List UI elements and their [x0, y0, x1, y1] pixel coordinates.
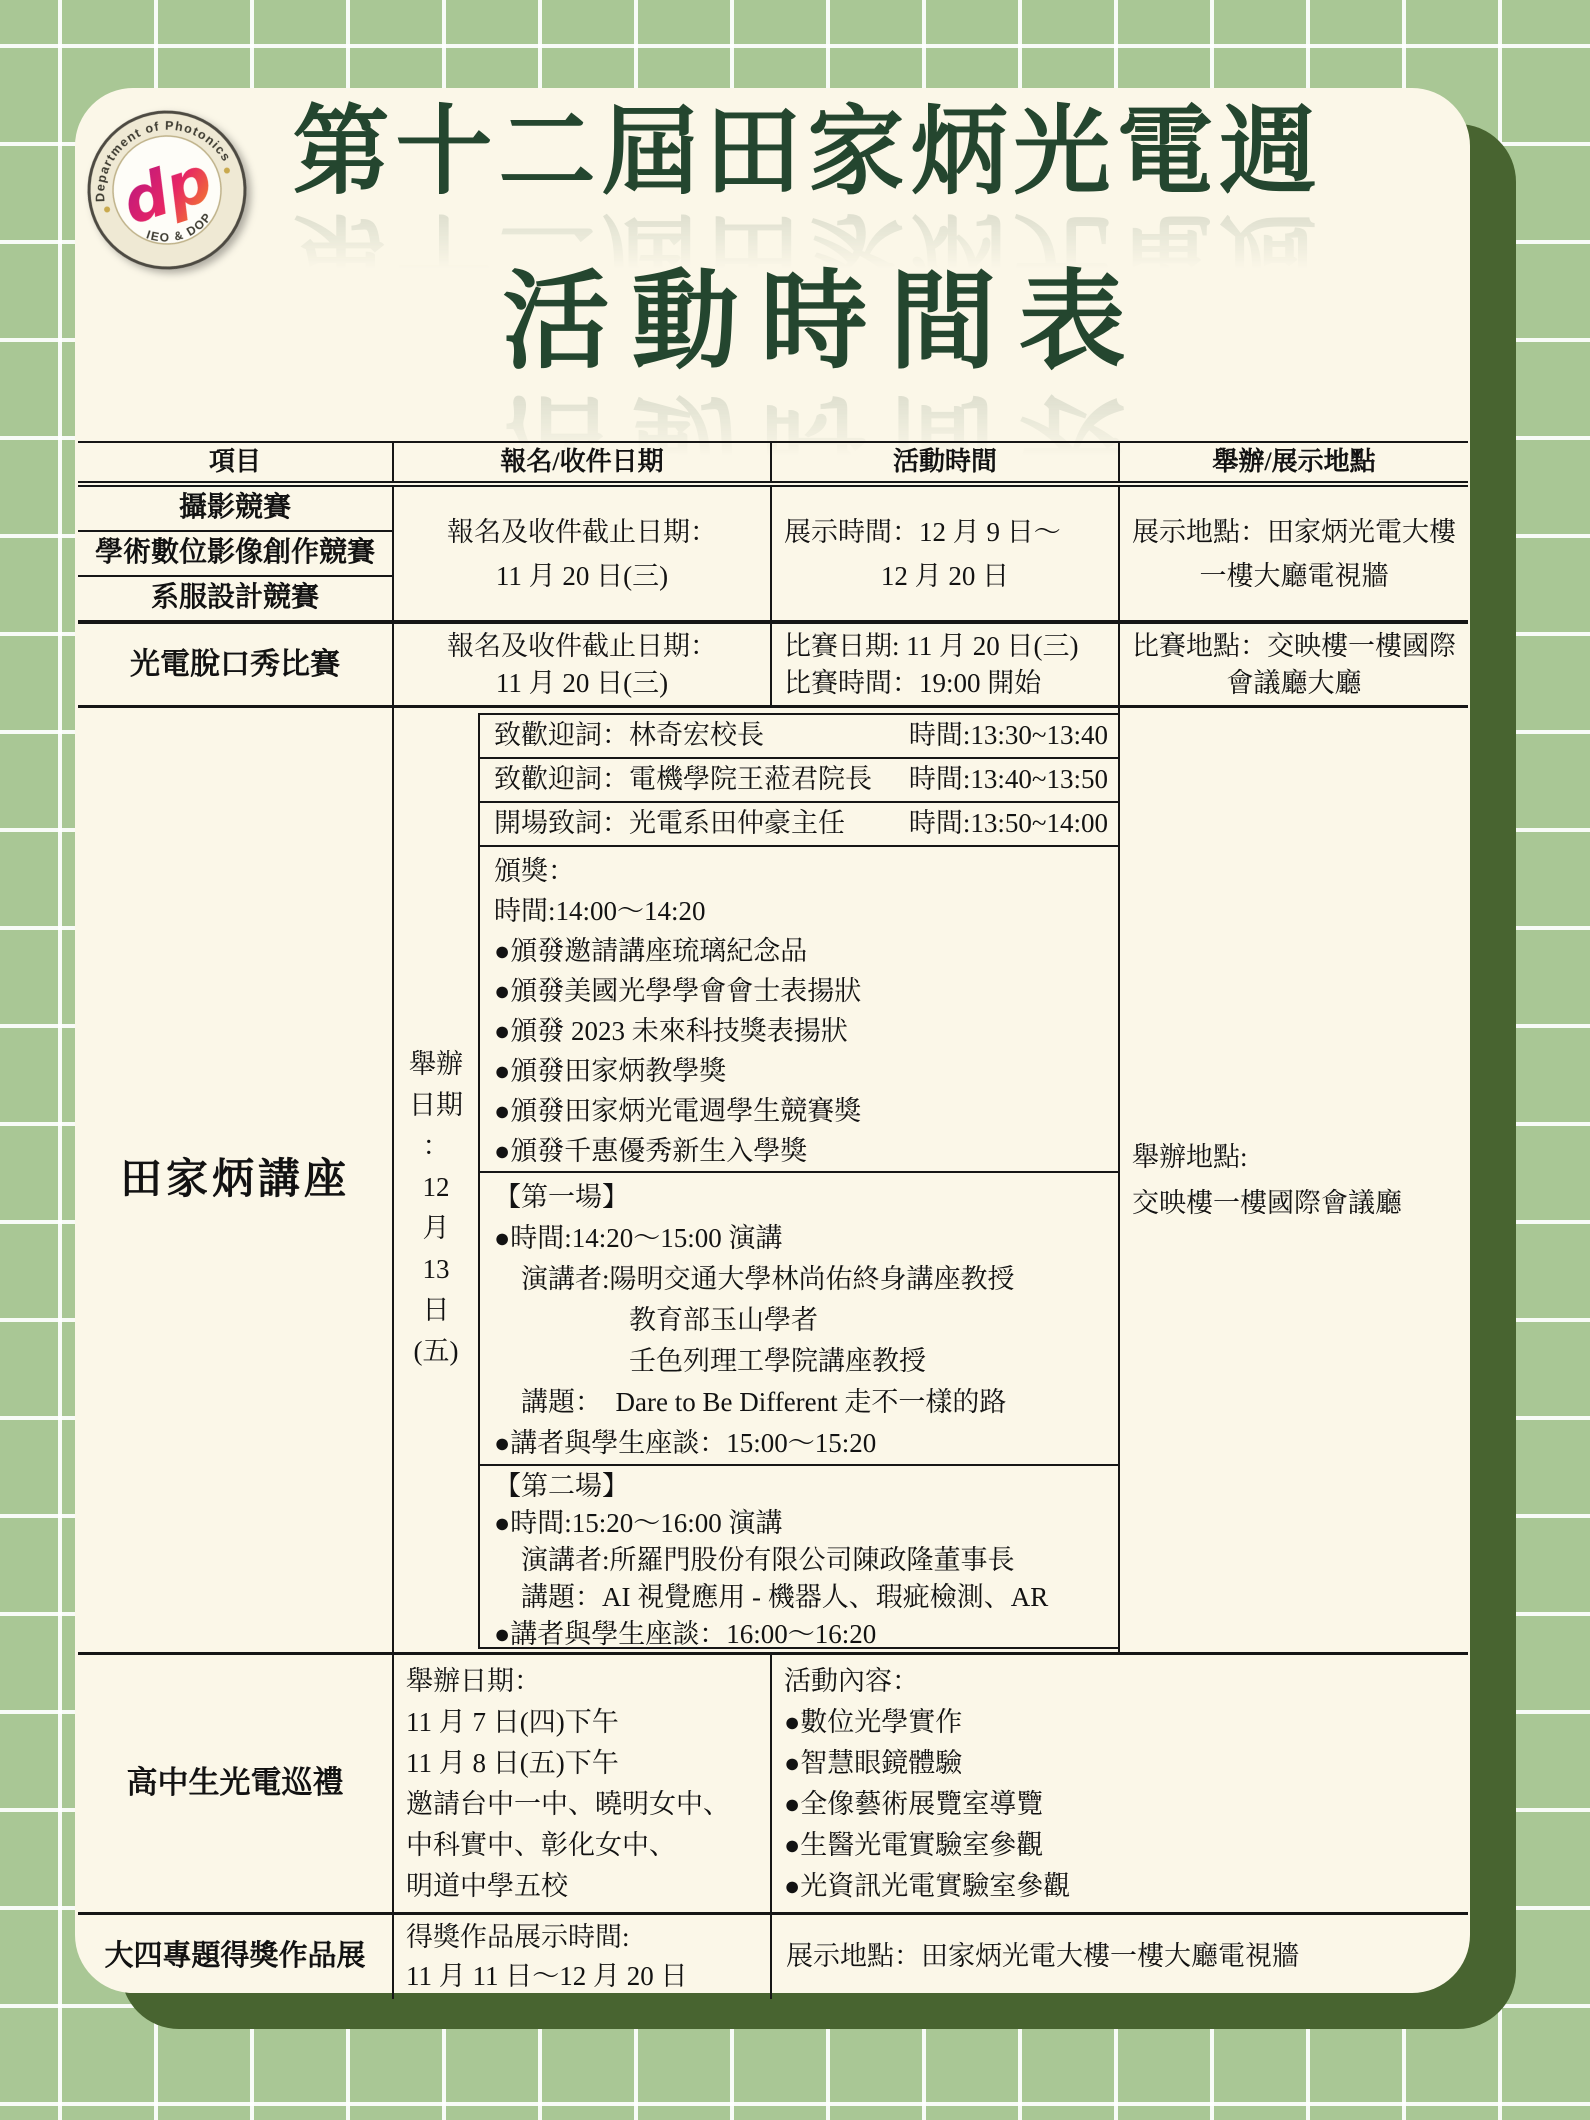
award-line: ●頒發邀請講座琉璃紀念品: [494, 931, 1118, 971]
exhibition-location-line: 展示地點：田家炳光電大樓一樓大廳電視牆: [786, 1939, 1299, 1974]
header-cell-item: 項目: [78, 443, 392, 481]
tour-content-line: ●全像藝術展覽室導覽: [784, 1784, 1468, 1825]
award-line: ●頒發千惠優秀新生入學獎: [494, 1131, 1118, 1171]
senior-exhibition-time-cell: 得獎作品展示時間: 11 月 11 日～12 月 20 日: [392, 1915, 770, 1999]
tour-content-line: ●光資訊光電實驗室參觀: [784, 1866, 1468, 1907]
highschool-tour-item: 高中生光電巡禮: [78, 1655, 392, 1912]
competitions-time-cell: 展示時間：12 月 9 日～ 12 月 20 日: [770, 487, 1118, 620]
lecture-date-char: 日: [423, 1290, 450, 1331]
lecture-date-char: 日期: [409, 1085, 463, 1126]
event-title: 開場致詞：光電系田仲豪主任: [494, 806, 845, 841]
lecture-location-value: 交映樓一樓國際會議廳: [1132, 1180, 1468, 1226]
senior-exhibition-section: 大四專題得獎作品展 得獎作品展示時間: 11 月 11 日～12 月 20 日 …: [78, 1915, 1468, 1999]
display-time-line2: 12 月 20 日: [772, 554, 1118, 598]
lecture-date-char: 月: [423, 1208, 450, 1249]
page-background: Department of Photonics IEO & DOP dp 第十二…: [0, 0, 1590, 2120]
event-title: 致歡迎詞：電機學院王蒞君院長: [494, 762, 872, 797]
lecture-date-char: ：: [423, 1126, 450, 1167]
header-cell-time: 活動時間: [770, 443, 1118, 481]
talkshow-date-line: 比賽日期: 11 月 20 日(三): [772, 628, 1118, 665]
opening-event-row: 開場致詞：光電系田仲豪主任 時間:13:50~14:00: [478, 801, 1118, 847]
lecture-item: 田家炳講座: [78, 708, 392, 1652]
award-line: ●頒發 2023 未來科技獎表揚狀: [494, 1011, 1118, 1051]
competitions-registration-cell: 報名及收件截止日期： 11 月 20 日(三): [392, 487, 770, 620]
highschool-tour-content-cell: 活動內容：●數位光學實作●智慧眼鏡體驗●全像藝術展覽室導覽●生醫光電實驗室參觀●…: [770, 1655, 1468, 1912]
competitions-section: 攝影競賽學術數位影像創作競賽系服設計競賽 報名及收件截止日期： 11 月 20 …: [78, 487, 1468, 624]
event-time: 時間:13:40~13:50: [909, 762, 1108, 797]
lecture-date-char: 13: [423, 1249, 450, 1290]
event-time: 時間:13:50~14:00: [909, 806, 1108, 841]
session1-line: 壬色列理工學院講座教授: [494, 1341, 1118, 1382]
talkshow-location-line1: 比賽地點：交映樓一樓國際: [1120, 628, 1468, 665]
tour-schedule-line: 明道中學五校: [406, 1866, 770, 1907]
competition-item-list: 攝影競賽學術數位影像創作競賽系服設計競賽: [78, 487, 392, 620]
schedule-table: 項目 報名/收件日期 活動時間 舉辦/展示地點 攝影競賽學術數位影像創作競賽系服…: [78, 441, 1468, 1999]
award-line: ●頒發美國光學學會會士表揚狀: [494, 971, 1118, 1011]
award-line: 頒獎：: [494, 851, 1118, 891]
lecture-date-cell: 舉辦日期：12月13日(五): [392, 708, 478, 1652]
opening-event-row: 致歡迎詞：林奇宏校長 時間:13:30~13:40: [478, 713, 1118, 759]
competitions-location-cell: 展示地點：田家炳光電大樓 一樓大廳電視牆: [1118, 487, 1468, 620]
talkshow-location-line2: 會議廳大廳: [1120, 665, 1468, 702]
lecture-date-char: 12: [423, 1167, 450, 1208]
exhibition-time-value: 11 月 11 日～12 月 20 日: [406, 1957, 770, 1996]
talkshow-time-line: 比賽時間：19:00 開始: [772, 665, 1118, 702]
poster-card: Department of Photonics IEO & DOP dp 第十二…: [75, 88, 1470, 1993]
session1-line: 講題： Dare to Be Different 走不一樣的路: [494, 1382, 1118, 1423]
session1-line: ●講者與學生座談：15:00～15:20: [494, 1423, 1118, 1464]
exhibition-time-label: 得獎作品展示時間:: [406, 1918, 770, 1957]
talkshow-time-cell: 比賽日期: 11 月 20 日(三) 比賽時間：19:00 開始: [770, 624, 1118, 705]
session2-line: 【第二場】: [494, 1468, 1118, 1505]
session2-line: ●講者與學生座談：16:00～16:20: [494, 1616, 1118, 1653]
highschool-tour-schedule-cell: 舉辦日期：11 月 7 日(四)下午11 月 8 日(五)下午邀請台中一中、曉明…: [392, 1655, 770, 1912]
award-line: 時間:14:00～14:20: [494, 891, 1118, 931]
registration-deadline-label: 報名及收件截止日期：: [394, 510, 770, 554]
header-cell-location: 舉辦/展示地點: [1118, 443, 1468, 481]
tour-content-line: ●智慧眼鏡體驗: [784, 1743, 1468, 1784]
talkshow-location-cell: 比賽地點：交映樓一樓國際 會議廳大廳: [1118, 624, 1468, 705]
event-title: 致歡迎詞：林奇宏校長: [494, 718, 764, 753]
session1-line: ●時間:14:20～15:00 演講: [494, 1218, 1118, 1259]
talkshow-item: 光電脫口秀比賽: [78, 624, 392, 705]
lecture-date-char: 舉辦: [409, 1044, 463, 1085]
session1-line: 【第一場】: [494, 1177, 1118, 1218]
award-line: ●頒發田家炳光電週學生競賽獎: [494, 1091, 1118, 1131]
tour-schedule-line: 11 月 8 日(五)下午: [406, 1743, 770, 1784]
competition-item: 系服設計競賽: [78, 577, 392, 620]
talkshow-section: 光電脫口秀比賽 報名及收件截止日期： 11 月 20 日(三) 比賽日期: 11…: [78, 624, 1468, 708]
tour-content-line: ●數位光學實作: [784, 1702, 1468, 1743]
event-time: 時間:13:30~13:40: [909, 718, 1108, 753]
session1-line: 演講者:陽明交通大學林尚佑終身講座教授: [494, 1259, 1118, 1300]
competition-item: 學術數位影像創作競賽: [78, 532, 392, 577]
talkshow-deadline-label: 報名及收件截止日期：: [394, 628, 770, 665]
tour-content-line: ●生醫光電實驗室參觀: [784, 1825, 1468, 1866]
lecture-date-char: (五): [414, 1331, 459, 1372]
session2-line: 講題：AI 視覺應用 - 機器人、瑕疵檢測、AR: [494, 1579, 1118, 1616]
session2-block: 【第二場】●時間:15:20～16:00 演講 演講者:所羅門股份有限公司陳政隆…: [478, 1464, 1118, 1649]
tour-schedule-line: 舉辦日期：: [406, 1661, 770, 1702]
tour-schedule-line: 邀請台中一中、曉明女中、: [406, 1784, 770, 1825]
senior-exhibition-item: 大四專題得獎作品展: [78, 1915, 392, 1999]
award-line: ●頒發田家炳教學獎: [494, 1051, 1118, 1091]
competition-item: 攝影競賽: [78, 487, 392, 532]
poster-title: 第十二屆田家炳光電週: [75, 96, 1470, 210]
tour-schedule-line: 中科實中、彰化女中、: [406, 1825, 770, 1866]
lecture-section: 田家炳講座 舉辦日期：12月13日(五) 致歡迎詞：林奇宏校長 時間:13:30…: [78, 708, 1468, 1655]
senior-exhibition-location-cell: 展示地點：田家炳光電大樓一樓大廳電視牆: [770, 1915, 1468, 1999]
session2-line: ●時間:15:20～16:00 演講: [494, 1505, 1118, 1542]
tour-schedule-line: 11 月 7 日(四)下午: [406, 1702, 770, 1743]
opening-event-row: 致歡迎詞：電機學院王蒞君院長 時間:13:40~13:50: [478, 757, 1118, 803]
lecture-location-cell: 舉辦地點: 交映樓一樓國際會議廳: [1118, 708, 1468, 1652]
highschool-tour-section: 高中生光電巡禮 舉辦日期：11 月 7 日(四)下午11 月 8 日(五)下午邀…: [78, 1655, 1468, 1915]
header-cell-registration: 報名/收件日期: [392, 443, 770, 481]
lecture-location-label: 舉辦地點:: [1132, 1134, 1468, 1180]
registration-deadline-date: 11 月 20 日(三): [394, 554, 770, 598]
session1-line: 教育部玉山學者: [494, 1300, 1118, 1341]
display-location-line1: 展示地點：田家炳光電大樓: [1120, 510, 1468, 554]
poster-subtitle: 活動時間表: [75, 260, 1470, 386]
awards-block: 頒獎：時間:14:00～14:20●頒發邀請講座琉璃紀念品●頒發美國光學學會會士…: [478, 845, 1118, 1173]
display-location-line2: 一樓大廳電視牆: [1120, 554, 1468, 598]
session2-line: 演講者:所羅門股份有限公司陳政隆董事長: [494, 1542, 1118, 1579]
tour-content-line: 活動內容：: [784, 1661, 1468, 1702]
lecture-schedule-cell: 致歡迎詞：林奇宏校長 時間:13:30~13:40 致歡迎詞：電機學院王蒞君院長…: [478, 708, 1118, 1652]
talkshow-registration-cell: 報名及收件截止日期： 11 月 20 日(三): [392, 624, 770, 705]
talkshow-deadline-date: 11 月 20 日(三): [394, 665, 770, 702]
opening-events: 致歡迎詞：林奇宏校長 時間:13:30~13:40 致歡迎詞：電機學院王蒞君院長…: [478, 713, 1118, 847]
table-header-row: 項目 報名/收件日期 活動時間 舉辦/展示地點: [78, 443, 1468, 487]
session1-block: 【第一場】●時間:14:20～15:00 演講 演講者:陽明交通大學林尚佑終身講…: [478, 1171, 1118, 1466]
display-time-line1: 展示時間：12 月 9 日～: [772, 510, 1118, 554]
